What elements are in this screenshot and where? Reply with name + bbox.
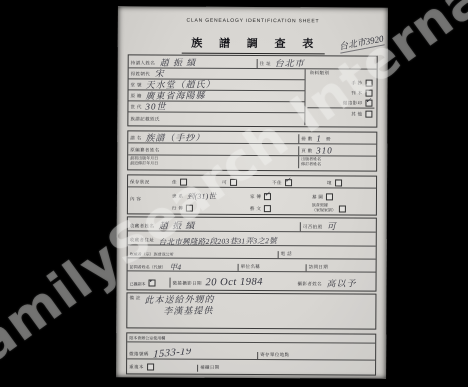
contents-grave-maps-checkbox	[326, 193, 333, 200]
contents-grave-maps-label: 墓 圖	[310, 194, 325, 201]
hall-value: 天水堂（趙氏）	[144, 80, 218, 90]
hall-label: 堂 號	[129, 82, 144, 89]
holder-association-label: 收藏者（宗）族會或公所	[128, 253, 176, 258]
filmed-copy-checkbox: ✓	[149, 279, 156, 286]
remarks-label: 備 註	[127, 295, 142, 302]
volumes-unit-label: 冊	[324, 136, 333, 143]
section-holder: 收藏者姓名 趙 振 績 可否拍照 可 收藏者住址 台北市興隆路2段203巷31弄…	[126, 216, 376, 291]
contents-family-rules-label: （家規家訓）	[310, 208, 338, 213]
visitor-name-label: 訪問者姓名（代號）	[128, 266, 168, 271]
condition-poor-checkbox: ✓	[285, 179, 292, 186]
visit-date-label: 訪問日期	[307, 264, 331, 271]
genealogy-form-page: CLAN GENEALOGY IDENTIFICATION SHEET 族 譜 …	[116, 6, 388, 378]
remarks-line-2: 李漢基提供	[161, 306, 215, 316]
material-opt-hand-copy-label: 手 抄	[349, 81, 364, 88]
section-owner: 持譜人姓名 趙 振 績 住 址 台北市 得姓朝代 宋 堂 號 天水堂（趙氏）	[127, 54, 377, 127]
refilm-date-label: 補攝日期	[198, 365, 222, 372]
section-volume: 譜 名 族譜（手抄） 冊 數 1 冊 原編纂者姓名 頁 數 310	[127, 130, 377, 171]
form-title-text: 族 譜 調 查 表	[181, 35, 324, 55]
contents-lineage-label: 世 系	[170, 193, 185, 200]
sheet-header: CLAN GENEALOGY IDENTIFICATION SHEET	[118, 17, 388, 24]
dynasty-label: 得姓朝代	[129, 71, 153, 78]
contents-literature-label: 藝 文	[248, 206, 263, 213]
holder-name-value: 趙 振 績	[156, 221, 197, 230]
condition-damaged-checkbox	[335, 179, 342, 186]
material-opt-microfilm-label: 微捲影印	[341, 100, 365, 107]
film-date-label: 微捲攝影日期	[171, 281, 204, 288]
photo-permission-label: 可否拍照	[301, 224, 325, 231]
visitor-name-value: 甲4	[168, 263, 184, 271]
holder-name-label: 收藏者姓名	[128, 223, 157, 230]
pages-label: 頁 數	[299, 148, 314, 155]
contents-records-checkbox	[186, 204, 193, 211]
scanned-document-viewport: CLAN GENEALOGY IDENTIFICATION SHEET 族 譜 …	[0, 0, 468, 387]
condition-damaged-label: 壞	[325, 180, 334, 187]
compiler-label: 原編纂者姓名	[128, 147, 161, 154]
contents-property-checkbox	[339, 205, 346, 212]
material-opt-printed-label: 刊 本	[349, 91, 364, 98]
remarks-line-1: 此本送給外甥的	[143, 295, 217, 305]
condition-good-label: 佳	[170, 180, 179, 187]
condition-fair-checkbox	[230, 179, 237, 186]
film-date-value: 20 Oct 1984	[204, 277, 266, 288]
filmed-copy-label: 已攝副本	[128, 283, 148, 288]
telephone-label: 電 話	[279, 251, 294, 258]
material-opt-microfilm-checkbox: ✓	[365, 100, 372, 107]
material-opt-printed-checkbox	[366, 90, 373, 97]
photographer-label: 攝影者姓名	[295, 281, 324, 288]
material-opt-other-label: 其 他	[349, 112, 364, 119]
pages-value: 310	[314, 146, 335, 155]
contents-lineage-note: 到(31)世	[185, 193, 218, 201]
contents-literature-checkbox	[264, 205, 271, 212]
unit-name-label: 單位名稱	[239, 264, 263, 271]
residence-label: 住 址	[258, 61, 273, 68]
owner-name-label: 持譜人姓名	[129, 60, 158, 67]
generations-label: 世 代	[128, 104, 143, 111]
film-number-value: 1533-19	[151, 348, 194, 359]
contents-biographies-checkbox: ✓	[264, 193, 271, 200]
owner-name-value: 趙 振 績	[157, 58, 198, 67]
deposit-location-label: 寄存單位地點	[258, 352, 291, 359]
volumes-label: 冊 數	[299, 136, 314, 143]
holder-address-label: 收藏者住址	[128, 237, 157, 244]
photographer-value: 高以予	[324, 279, 358, 288]
office-use-header: 限本會辦公室使用欄	[127, 337, 167, 342]
material-opt-hand-copy-checkbox	[366, 80, 373, 87]
volumes-value: 1	[315, 134, 325, 143]
film-number-label: 微捲號碼	[127, 351, 151, 358]
latest-revision-label: 最近修訂年月日	[128, 161, 298, 167]
condition-good-checkbox	[180, 179, 187, 186]
residence-value: 台北市	[273, 59, 307, 68]
material-opt-other-checkbox	[365, 111, 372, 118]
contents-biographies-label: 家 傳	[248, 194, 263, 201]
contents-label: 內 容	[128, 196, 170, 203]
condition-fair-label: 可	[220, 180, 229, 187]
origin-label: 原 籍	[128, 93, 143, 100]
reviser-label: 修訂者姓名	[299, 162, 376, 167]
section-remarks: 備 註 此本送給外甥的 李漢基提供	[126, 292, 376, 329]
holder-address-value: 台北市興隆路2段203巷31弄3之2號	[156, 237, 278, 246]
duplicate-copy-checkbox	[147, 363, 154, 370]
photo-permission-value: 可	[324, 222, 338, 231]
condition-poor-label: 不佳	[270, 180, 284, 187]
title-label: 譜 名	[128, 135, 143, 142]
origin-value: 廣東省海陽縣	[144, 91, 208, 101]
recorded-surnames-label: 族譜記載姓氏	[128, 116, 161, 123]
title-value: 族譜（手抄）	[144, 133, 208, 143]
contents-records-label: 行 傳	[170, 205, 185, 212]
generations-value: 30世	[144, 102, 169, 111]
section-office-use: 限本會辦公室使用欄 微捲號碼 1533-19 寄存單位地點 重複本 補攝日	[126, 332, 376, 375]
dynasty-value: 宋	[152, 69, 166, 78]
duplicate-copy-label: 重複本	[127, 364, 146, 371]
condition-label: 保存狀況	[128, 179, 170, 186]
section-condition-contents: 保存狀況 佳 可 不佳 ✓ 壞 內 容	[127, 174, 377, 215]
